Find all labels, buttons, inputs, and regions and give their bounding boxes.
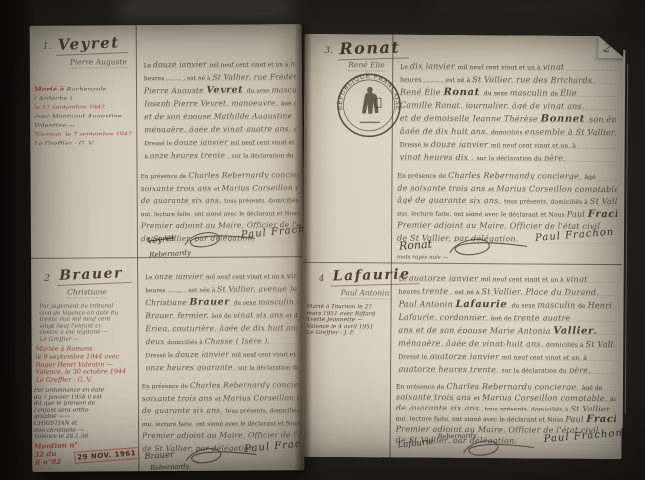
printed-form-text: sur la déclaration du bbox=[238, 365, 298, 371]
act-number: 3. bbox=[324, 46, 333, 56]
signature-declarant: Ronat bbox=[399, 238, 433, 253]
handwritten-text: Vallier, bbox=[553, 326, 597, 335]
text-line: heures ........ , est née à St Vallier, … bbox=[145, 279, 297, 293]
text-line: En présence de Charles Rebernardy concie… bbox=[141, 166, 299, 180]
note-line: Valence le 28.1.58 bbox=[34, 433, 136, 440]
printed-form-text: sur la déclaration du bbox=[502, 367, 569, 374]
handwritten-text: Frachon bbox=[588, 209, 618, 219]
handwritten-text: Christiane bbox=[145, 298, 189, 306]
photograph-of-birth-register: 1. Veyret Pierre Auguste Marié à Rochepa… bbox=[0, 0, 645, 480]
text-line: ménagère, âgée de vingt-quatre ans, domi… bbox=[144, 119, 296, 133]
marriage-margin-note: Marié à Rochepaule ( Ardèche )le 11 sept… bbox=[34, 81, 136, 145]
text-line: heures ........ , est né à St Vallier, r… bbox=[144, 67, 296, 81]
text-line: quatorze heures trente, sur la déclarati… bbox=[398, 360, 614, 375]
act-surname: Ronat bbox=[337, 37, 408, 60]
act-given-names: Christiane bbox=[67, 287, 107, 298]
text-line: deux domiciliés à Chasse ( Isère ). bbox=[146, 331, 298, 345]
handwritten-text: quatorze heures trente, bbox=[398, 365, 501, 375]
act-given-names: Paul Antonin bbox=[341, 288, 390, 299]
handwritten-text: Rochepaule bbox=[67, 85, 107, 90]
text-line: qui, lecture faite, ont signé avec le dé… bbox=[141, 204, 299, 218]
handwritten-text: onze heures quarante, bbox=[146, 363, 238, 372]
text-line: Dressé le douze janvier mil neuf cent vi… bbox=[144, 132, 296, 146]
signature-declarant: Brauer bbox=[144, 450, 175, 462]
handwritten-text: père. bbox=[569, 366, 591, 374]
register-page-left: 1. Veyret Pierre Auguste Marié à Rochepa… bbox=[30, 24, 305, 472]
note-line: Le Greffier : G. V. bbox=[36, 376, 136, 384]
handwritten-text: St Vallier. bbox=[586, 340, 615, 348]
crossed-words-note: mots rayés nuls — bbox=[397, 255, 448, 261]
act-body-text: Le quatorze janvier mil neuf cent vingt … bbox=[398, 269, 615, 377]
text-line: de quarante six ans, tous présents, domi… bbox=[142, 401, 300, 415]
text-line: soixante trois ans et Marius Corseillon … bbox=[142, 389, 300, 403]
act-number: 4 bbox=[319, 274, 325, 284]
text-line: Christiane Brauer du sexe masculin de Ju… bbox=[145, 292, 297, 306]
book-binding-seam bbox=[294, 24, 312, 472]
note-line: Le Greffier : J. F. bbox=[306, 330, 398, 337]
act-number: 2 bbox=[44, 274, 50, 284]
handwritten-text: onze heures trente bbox=[150, 151, 228, 160]
page-edge-line bbox=[625, 64, 628, 414]
marianne-figure-icon bbox=[362, 87, 379, 114]
text-line: Le Greffier : G. V. bbox=[34, 135, 136, 145]
signature-flourish bbox=[460, 437, 538, 462]
printed-form-text: sur la déclaration du bbox=[477, 155, 544, 162]
text-line: Erieg, couturière, âgée de dix huit ans,… bbox=[145, 318, 297, 332]
judgment-margin-note: Par jugement du tribunalcivil de Valence… bbox=[39, 303, 135, 343]
text-line: Le douze janvier mil neuf cent vingt et … bbox=[144, 54, 296, 68]
background-cloth-highlight bbox=[118, 0, 293, 20]
text-line: Brauer, fermier, âgé de vingt six ans et… bbox=[145, 305, 297, 319]
act-given-names: Pierre Auguste bbox=[70, 57, 127, 68]
margin-rule bbox=[136, 25, 140, 471]
text-line: Tournon, le 7 septembre 1942 bbox=[34, 126, 136, 136]
handwritten-text: Frachon bbox=[586, 414, 615, 423]
text-line: Pierre Auguste Veyret du sexe masculin d… bbox=[144, 80, 296, 94]
act-body-text: Le onze janvier mil neuf cent vingt et u… bbox=[145, 266, 298, 373]
text-line: Joseph Pierre Veyret, manoeuvre, âgé de … bbox=[144, 93, 296, 107]
handwritten-text: père. bbox=[544, 154, 566, 163]
republique-francaise-seal: RÉPUBLIQUE FRANÇAISE bbox=[334, 70, 404, 140]
text-line: à onze heures trente , sur la déclaratio… bbox=[144, 145, 296, 159]
act-surname: Brauer bbox=[57, 265, 131, 286]
handwritten-text: deux bbox=[146, 337, 168, 345]
act-number: 1. bbox=[43, 42, 52, 52]
background-shadow-patch bbox=[430, 0, 620, 14]
act-separator bbox=[303, 262, 623, 265]
text-line: En présence de Charles Rebernardy concie… bbox=[142, 376, 300, 390]
handwritten-text: son épouse bbox=[589, 115, 616, 123]
text-line: et de son épouse Mathilde Augustine Jean… bbox=[144, 106, 296, 120]
handwritten-text: Le Greffier : G. V. bbox=[34, 139, 94, 144]
page-corner-fold bbox=[598, 36, 624, 58]
act-surname: Veyret bbox=[55, 33, 128, 56]
text-line: qui, lecture faite, ont signé avec le dé… bbox=[142, 414, 300, 428]
marriage-margin-note: Marié à Tournon le 27mars 1951 avec Riff… bbox=[306, 304, 398, 338]
text-line: vingt heures dix , sur la déclaration du… bbox=[400, 148, 616, 163]
register-page-right: 2 3. Ronat René Élie RÉPUBLIQUE FRANÇAIS… bbox=[302, 34, 625, 459]
text-line: Le onze janvier mil neuf cent vingt et u… bbox=[145, 266, 297, 280]
text-line: de quarante six ans, tous présents, domi… bbox=[141, 191, 299, 205]
note-line: Le Greffier — bbox=[40, 336, 136, 343]
signature-declarant: Lafaurie bbox=[397, 437, 434, 450]
handwritten-text: St Vallier, bbox=[590, 197, 617, 206]
text-line: avec Montagut Augustine bbox=[34, 108, 136, 118]
text-line: Premier adjoint au Maire, Officier de l'… bbox=[142, 427, 300, 441]
handwritten-text: Henri bbox=[588, 301, 612, 309]
act-body-text: Le dix janvier mil neuf cent vingt et un… bbox=[400, 57, 617, 165]
marriage-margin-note: Mariée à Romansle 9 septembre 1944 avecR… bbox=[36, 345, 136, 385]
signature-flourish bbox=[445, 235, 531, 262]
handwritten-text: Paul bbox=[567, 210, 588, 219]
printed-form-text: , sur la déclaration du bbox=[228, 153, 296, 159]
handwritten-text: vingt heures dix , bbox=[400, 153, 477, 163]
text-line: Dressé le douze janvier mil neuf cent vi… bbox=[146, 344, 298, 358]
act-body-text: Le douze janvier mil neuf cent vingt et … bbox=[144, 54, 297, 161]
text-line: soixante trois ans et Marius Corseillon … bbox=[141, 179, 299, 193]
text-line: onze heures quarante, sur la déclaration… bbox=[146, 357, 298, 371]
ordonnance-margin-note: Par ordonnance en datedu 7 janvier 1958 … bbox=[34, 387, 136, 440]
register-cover-edge bbox=[0, 0, 34, 480]
